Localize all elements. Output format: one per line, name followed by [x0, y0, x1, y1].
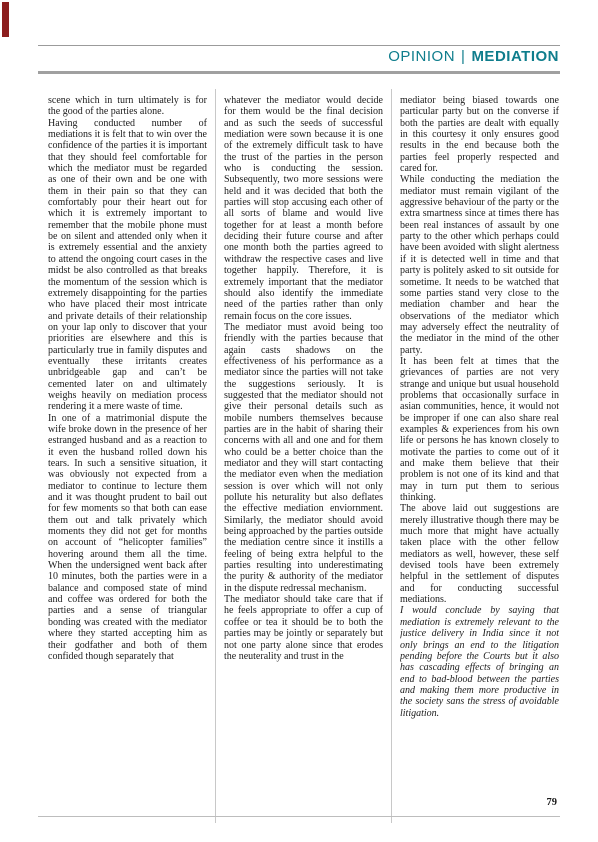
article-body: scene which in turn ultimately is for th… — [48, 95, 559, 823]
paragraph-text: I would conclude by saying that mediatio… — [400, 605, 559, 718]
header-separator: | — [455, 48, 471, 65]
paragraph-text: Having conducted number of mediations it… — [48, 118, 207, 413]
text-column-3: mediator being biased towards one partic… — [400, 95, 559, 823]
text-block: •The mediator should take care that if h… — [224, 594, 383, 662]
paragraph-text: In one of a matrimonial dispute the wife… — [48, 413, 207, 662]
header-rule-thick — [38, 71, 560, 74]
page-number: 79 — [547, 797, 558, 808]
column-divider — [391, 89, 392, 823]
page-header: OPINION|MEDIATION — [38, 48, 559, 69]
text-block: I would conclude by saying that mediatio… — [400, 605, 559, 718]
text-column-2: whatever the mediator would decide for t… — [224, 95, 383, 823]
text-block: •Having conducted number of mediations i… — [48, 118, 207, 413]
text-block: •In one of a matrimonial dispute the wif… — [48, 413, 207, 663]
paragraph-text: The above laid out suggestions are merel… — [400, 503, 559, 605]
paragraph-text: scene which in turn ultimately is for th… — [48, 95, 207, 117]
text-block: •While conducting the mediation the medi… — [400, 174, 559, 356]
text-block: •It has been felt at times that the grie… — [400, 356, 559, 503]
paragraph-text: It has been felt at times that the griev… — [400, 356, 559, 503]
header-section-label: OPINION — [388, 48, 455, 65]
header-topic-label: MEDIATION — [471, 48, 559, 65]
column-divider — [215, 89, 216, 823]
paragraph-text: whatever the mediator would decide for t… — [224, 95, 383, 322]
paragraph-text: While conducting the mediation the media… — [400, 174, 559, 355]
text-block: scene which in turn ultimately is for th… — [48, 95, 207, 118]
corner-accent-bar — [2, 2, 9, 37]
header-rule-thin — [38, 45, 560, 46]
text-column-1: scene which in turn ultimately is for th… — [48, 95, 207, 823]
footer-rule — [38, 816, 560, 817]
paragraph-text: The mediator must avoid being too friend… — [224, 322, 383, 594]
text-block: •The above laid out suggestions are mere… — [400, 503, 559, 605]
text-block: •The mediator must avoid being too frien… — [224, 322, 383, 594]
magazine-page: OPINION|MEDIATION scene which in turn ul… — [0, 0, 598, 842]
text-block: whatever the mediator would decide for t… — [224, 95, 383, 322]
paragraph-text: The mediator should take care that if he… — [224, 594, 383, 662]
text-block: mediator being biased towards one partic… — [400, 95, 559, 174]
paragraph-text: mediator being biased towards one partic… — [400, 95, 559, 174]
